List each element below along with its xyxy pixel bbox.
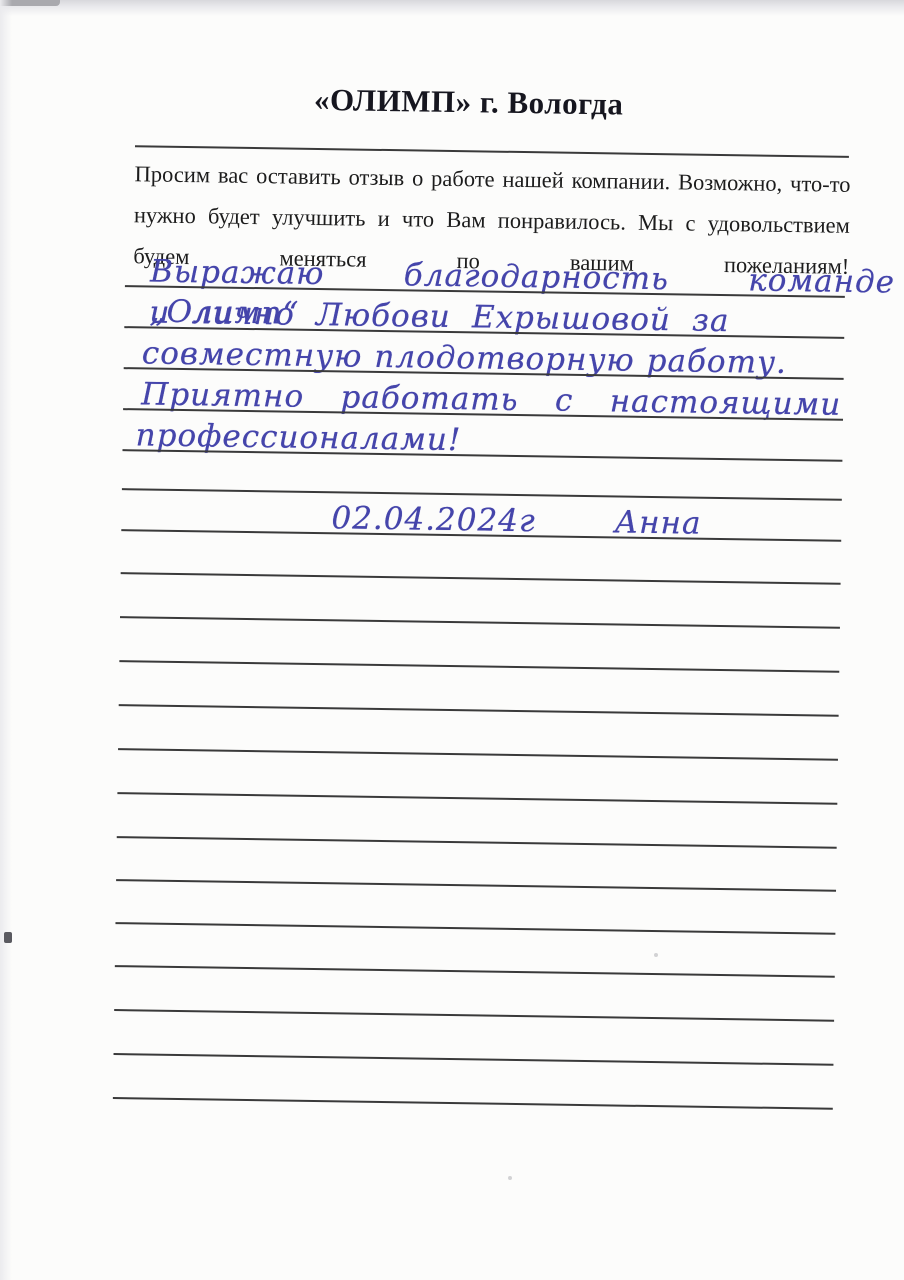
ruled-line (114, 1009, 834, 1021)
ruled-line (119, 660, 839, 672)
ruled-line (114, 1053, 834, 1065)
scan-edge-top (0, 0, 904, 16)
paper-sheet: «ОЛИМП» г. Вологда Просим вас оставить о… (0, 0, 904, 1280)
ruled-line (120, 616, 840, 628)
ruled-line (122, 488, 842, 500)
scanned-feedback-form: «ОЛИМП» г. Вологда Просим вас оставить о… (0, 0, 904, 1280)
ruled-line (116, 879, 836, 891)
ruled-line (117, 792, 837, 804)
dust-speck (654, 953, 658, 957)
ruled-line (117, 836, 837, 848)
scan-speck (4, 932, 12, 943)
ruled-line (115, 922, 835, 934)
ruled-line (118, 748, 838, 760)
ruled-line (115, 965, 835, 977)
ruled-line (119, 704, 839, 716)
ruled-line (121, 572, 841, 584)
ruled-line (113, 1097, 833, 1109)
dust-speck (508, 1176, 512, 1180)
scan-edge-left (0, 0, 12, 1280)
page-title: «ОЛИМП» г. Вологда (107, 79, 829, 126)
